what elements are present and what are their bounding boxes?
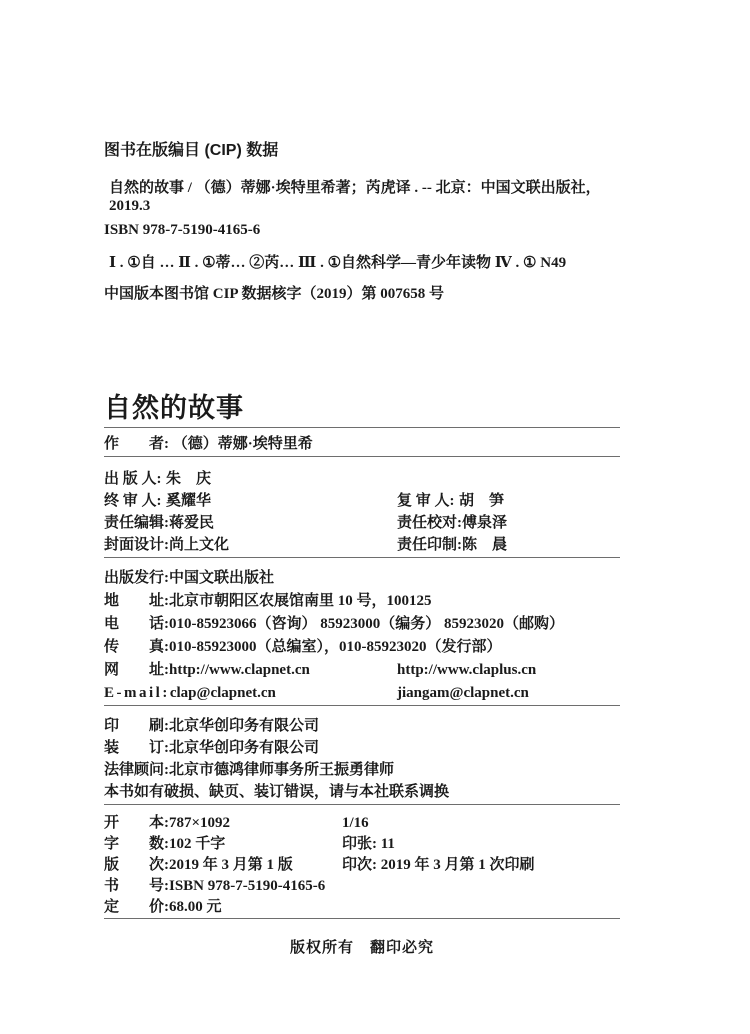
divider-rule	[104, 804, 620, 805]
staff-left: 出 版 人:朱 庆	[104, 468, 397, 490]
phone-label: 电 话:	[104, 613, 169, 636]
spec-row: 开 本:787×1092 1/16	[104, 813, 620, 834]
cover-design-value: 尚上文化	[169, 537, 229, 553]
publisher-value: 中国文联出版社	[169, 570, 274, 586]
divider-rule	[104, 705, 620, 706]
email-label: E-mail:	[104, 682, 170, 705]
staff-section: 出 版 人:朱 庆 终 审 人:奚耀华 复 审 人:胡 笋 责任编辑:蒋爱民 责…	[104, 468, 620, 556]
edition-value: 2019 年 3 月第 1 版	[169, 857, 293, 873]
spec-row: 字 数:102 千字 印张: 11	[104, 834, 620, 855]
binder-label: 装 订:	[104, 737, 169, 759]
publisher-person-label: 出 版 人:	[104, 468, 166, 490]
final-reviewer-value: 奚耀华	[166, 493, 211, 509]
edition-left: 版 次:2019 年 3 月第 1 版	[104, 855, 342, 876]
staff-right: 责任校对:傅泉泽	[397, 512, 620, 534]
printing-row: 印 刷:北京华创印务有限公司	[104, 715, 620, 737]
staff-row: 终 审 人:奚耀华 复 审 人:胡 笋	[104, 490, 620, 512]
proofreader-label: 责任校对:	[397, 512, 462, 534]
staff-right	[397, 468, 620, 490]
cip-registry-line: 中国版本图书馆 CIP 数据核字（2019）第 007658 号	[104, 285, 620, 303]
divider-rule	[104, 918, 620, 919]
contact-row: 地 址:北京市朝阳区农展馆南里 10 号，100125	[104, 590, 620, 613]
staff-right: 责任印制:陈 晨	[397, 534, 620, 556]
wordcount-value: 102 千字	[169, 836, 225, 852]
staff-row: 出 版 人:朱 庆	[104, 468, 620, 490]
website-value-2: http://www.claplus.cn	[397, 659, 620, 682]
second-reviewer-label: 复 审 人:	[397, 490, 459, 512]
print-supervisor-value: 陈 晨	[462, 537, 507, 553]
email-value-2: jiangam@clapnet.cn	[397, 682, 620, 705]
wordcount-left: 字 数:102 千字	[104, 834, 342, 855]
wordcount-label: 字 数:	[104, 834, 169, 855]
page-content: 图书在版编目 (CIP) 数据 自然的故事 / （德）蒂娜·埃特里希著；芮虎译 …	[104, 141, 620, 957]
cover-design-label: 封面设计:	[104, 534, 169, 556]
printer-label: 印 刷:	[104, 715, 169, 737]
proofreader-value: 傅泉泽	[462, 515, 507, 531]
copyright-page: 图书在版编目 (CIP) 数据 自然的故事 / （德）蒂娜·埃特里希著；芮虎译 …	[0, 0, 750, 1034]
email-left: E-mail:clap@clapnet.cn	[104, 682, 397, 705]
contact-row: 网 址:http://www.clapnet.cn http://www.cla…	[104, 659, 620, 682]
publisher-label: 出版发行:	[104, 567, 169, 590]
divider-rule	[104, 427, 620, 428]
website-label: 网 址:	[104, 659, 169, 682]
divider-rule	[104, 557, 620, 558]
staff-row: 封面设计:尚上文化 责任印制:陈 晨	[104, 534, 620, 556]
staff-left: 责任编辑:蒋爱民	[104, 512, 397, 534]
format-fraction: 1/16	[342, 813, 620, 834]
author-value: （德）蒂娜·埃特里希	[173, 436, 313, 452]
print-supervisor-label: 责任印制:	[397, 534, 462, 556]
spec-row: 定 价:68.00 元	[104, 897, 620, 918]
price-left: 定 价:68.00 元	[104, 897, 342, 918]
website-value: http://www.clapnet.cn	[169, 662, 310, 678]
website-left: 网 址:http://www.clapnet.cn	[104, 659, 397, 682]
copyright-notice: 版权所有 翻印必究	[104, 936, 620, 957]
divider-rule	[104, 456, 620, 457]
isbn-label: 书 号:	[104, 876, 169, 897]
cip-record-line: 自然的故事 / （德）蒂娜·埃特里希著；芮虎译 . -- 北京：中国文联出版社，…	[104, 179, 620, 215]
cip-isbn-line: ISBN 978-7-5190-4165-6	[104, 221, 620, 239]
editor-value: 蒋爱民	[169, 515, 214, 531]
spec-row: 版 次:2019 年 3 月第 1 版 印次: 2019 年 3 月第 1 次印…	[104, 855, 620, 876]
printing-section: 印 刷:北京华创印务有限公司 装 订:北京华创印务有限公司 法律顾问:北京市德鸿…	[104, 715, 620, 803]
staff-row: 责任编辑:蒋爱民 责任校对:傅泉泽	[104, 512, 620, 534]
impression-value: 印次: 2019 年 3 月第 1 次印刷	[342, 855, 620, 876]
fax-label: 传 真:	[104, 636, 169, 659]
staff-right: 复 审 人:胡 笋	[397, 490, 620, 512]
printing-row: 法律顾问:北京市德鸿律师事务所王振勇律师	[104, 759, 620, 781]
staff-left: 封面设计:尚上文化	[104, 534, 397, 556]
second-reviewer-value: 胡 笋	[459, 493, 504, 509]
cip-header: 图书在版编目 (CIP) 数据	[104, 141, 620, 160]
email-value: clap@clapnet.cn	[170, 685, 276, 701]
cip-classification-line: Ⅰ . ①自 … Ⅱ . ①蒂… ②芮… Ⅲ . ①自然科学—青少年读物 Ⅳ .…	[104, 254, 620, 272]
specs-section: 开 本:787×1092 1/16 字 数:102 千字 印张: 11 版 次:…	[104, 813, 620, 918]
damage-notice: 本书如有破损、缺页、装订错误，请与本社联系调换	[104, 781, 620, 803]
spec-row: 书 号:ISBN 978-7-5190-4165-6	[104, 876, 620, 897]
format-value: 787×1092	[169, 815, 230, 831]
legal-counsel-label: 法律顾问:	[104, 759, 169, 781]
final-reviewer-label: 终 审 人:	[104, 490, 166, 512]
contact-row: 传 真:010-85923000（总编室），010-85923020（发行部）	[104, 636, 620, 659]
staff-left: 终 审 人:奚耀华	[104, 490, 397, 512]
contact-row: 出版发行:中国文联出版社	[104, 567, 620, 590]
fax-value: 010-85923000（总编室），010-85923020（发行部）	[169, 639, 502, 655]
printer-value: 北京华创印务有限公司	[169, 718, 319, 734]
contact-row: E-mail:clap@clapnet.cn jiangam@clapnet.c…	[104, 682, 620, 705]
edition-label: 版 次:	[104, 855, 169, 876]
editor-label: 责任编辑:	[104, 512, 169, 534]
format-label: 开 本:	[104, 813, 169, 834]
format-left: 开 本:787×1092	[104, 813, 342, 834]
isbn-left: 书 号:ISBN 978-7-5190-4165-6	[104, 876, 342, 897]
price-label: 定 价:	[104, 897, 169, 918]
sheets-value: 印张: 11	[342, 834, 620, 855]
author-row: 作 者: （德）蒂娜·埃特里希	[104, 435, 620, 453]
phone-value: 010-85923066（咨询） 85923000（编务） 85923020（邮…	[169, 616, 564, 632]
contact-section: 出版发行:中国文联出版社 地 址:北京市朝阳区农展馆南里 10 号，100125…	[104, 567, 620, 705]
price-value: 68.00 元	[169, 899, 222, 915]
book-title: 自然的故事	[104, 391, 620, 425]
address-label: 地 址:	[104, 590, 169, 613]
cip-section: 图书在版编目 (CIP) 数据 自然的故事 / （德）蒂娜·埃特里希著；芮虎译 …	[104, 141, 620, 303]
contact-row: 电 话:010-85923066（咨询） 85923000（编务） 859230…	[104, 613, 620, 636]
address-value: 北京市朝阳区农展馆南里 10 号，100125	[169, 593, 432, 609]
printing-row: 装 订:北京华创印务有限公司	[104, 737, 620, 759]
legal-counsel-value: 北京市德鸿律师事务所王振勇律师	[169, 762, 394, 778]
publisher-person-value: 朱 庆	[166, 471, 211, 487]
author-label: 作 者:	[104, 435, 169, 453]
binder-value: 北京华创印务有限公司	[169, 740, 319, 756]
isbn-value: ISBN 978-7-5190-4165-6	[169, 878, 325, 894]
